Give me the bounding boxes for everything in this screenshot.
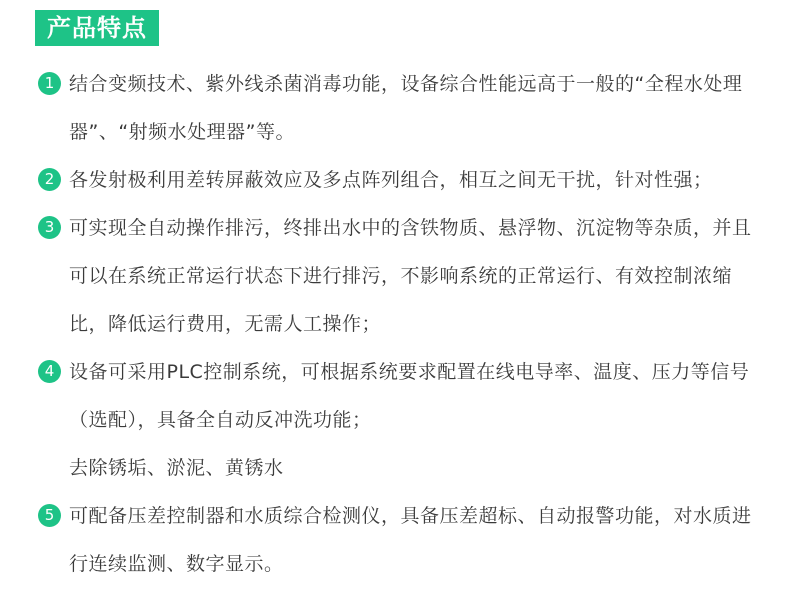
feature-item-5: 5 可配备压差控制器和水质综合检测仪，具备压差超标、自动报警功能，对水质进行连续… [38,492,752,588]
feature-item-2: 2 各发射极利用差转屏蔽效应及多点阵列组合，相互之间无干扰，针对性强； [38,156,752,204]
feature-text-block-4: 设备可采用PLC控制系统，可根据系统要求配置在线电导率、温度、压力等信号（选配）… [69,348,752,492]
feature-text-block-5: 可配备压差控制器和水质综合检测仪，具备压差超标、自动报警功能，对水质进行连续监测… [69,492,752,588]
feature-text-4-extra: 去除锈垢、淤泥、黄锈水 [69,444,752,492]
item-number-badge-3: 3 [38,216,61,239]
feature-list: 1 结合变频技术、紫外线杀菌消毒功能，设备综合性能远高于一般的“全程水处理器”、… [38,60,752,588]
item-number-badge-1: 1 [38,72,61,95]
feature-item-3: 3 可实现全自动操作排污，终排出水中的含铁物质、悬浮物、沉淀物等杂质，并且可以在… [38,204,752,348]
feature-item-4: 4 设备可采用PLC控制系统，可根据系统要求配置在线电导率、温度、压力等信号（选… [38,348,752,492]
feature-text-4: 设备可采用PLC控制系统，可根据系统要求配置在线电导率、温度、压力等信号（选配）… [69,348,752,444]
section-title-badge: 产品特点 [35,10,159,46]
feature-text-1: 结合变频技术、紫外线杀菌消毒功能，设备综合性能远高于一般的“全程水处理器”、“射… [69,60,752,156]
feature-text-5: 可配备压差控制器和水质综合检测仪，具备压差超标、自动报警功能，对水质进行连续监测… [69,492,752,588]
feature-text-block-3: 可实现全自动操作排污，终排出水中的含铁物质、悬浮物、沉淀物等杂质，并且可以在系统… [69,204,752,348]
feature-text-block-2: 各发射极利用差转屏蔽效应及多点阵列组合，相互之间无干扰，针对性强； [69,156,752,204]
feature-text-3: 可实现全自动操作排污，终排出水中的含铁物质、悬浮物、沉淀物等杂质，并且可以在系统… [69,204,752,348]
feature-text-2: 各发射极利用差转屏蔽效应及多点阵列组合，相互之间无干扰，针对性强； [69,156,752,204]
item-number-badge-4: 4 [38,360,61,383]
product-features-page: 产品特点 1 结合变频技术、紫外线杀菌消毒功能，设备综合性能远高于一般的“全程水… [0,0,790,596]
item-number-badge-5: 5 [38,504,61,527]
feature-text-block-1: 结合变频技术、紫外线杀菌消毒功能，设备综合性能远高于一般的“全程水处理器”、“射… [69,60,752,156]
feature-item-1: 1 结合变频技术、紫外线杀菌消毒功能，设备综合性能远高于一般的“全程水处理器”、… [38,60,752,156]
item-number-badge-2: 2 [38,168,61,191]
section-title: 产品特点 [47,14,147,42]
